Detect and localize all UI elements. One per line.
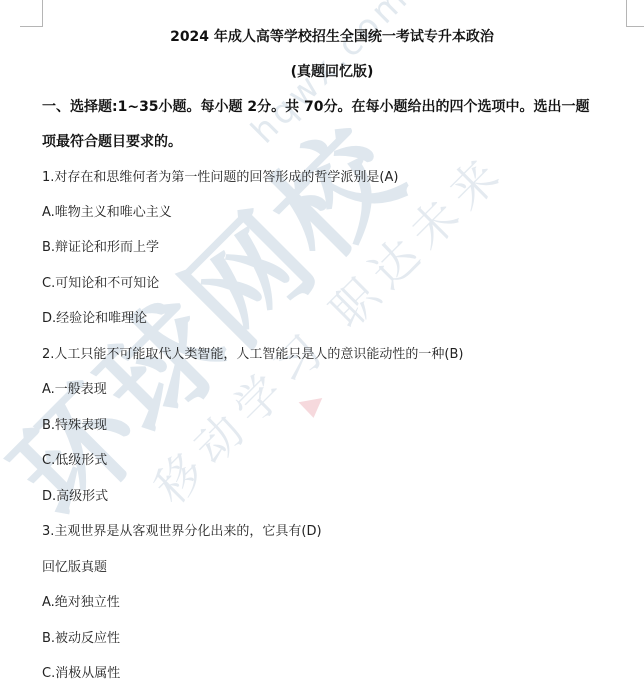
question-3-note: 回忆版真题	[42, 558, 107, 578]
question-2-option-b: B.特殊表现	[42, 416, 107, 436]
question-2-option-c: C.低级形式	[42, 451, 107, 471]
question-2-option-d: D.高级形式	[42, 487, 108, 507]
page-corner-mark-left	[20, 0, 43, 27]
watermark-slogan: 移动学习 职达未来	[137, 136, 518, 517]
section-header-line1: 一、选择题:1~35小题。每小题 2分。共 70分。在每小题给出的四个选项中。选…	[42, 90, 612, 125]
question-1-option-b: B.辩证论和形而上学	[42, 238, 159, 258]
document-subtitle: (真题回忆版)	[0, 62, 644, 82]
page-corner-mark-right	[626, 0, 644, 27]
question-3-stem: 3.主观世界是从客观世界分化出来的，它具有(D)	[42, 522, 322, 542]
document-title: 2024 年成人高等学校招生全国统一考试专升本政治	[0, 27, 644, 47]
question-1-option-c: C.可知论和不可知论	[42, 274, 159, 294]
question-2-option-a: A.一般表现	[42, 380, 107, 400]
question-3-option-a: A.绝对独立性	[42, 593, 120, 613]
watermark-play-icon	[299, 398, 326, 420]
question-3-option-c: C.消极从属性	[42, 664, 120, 682]
question-1-option-d: D.经验论和唯理论	[42, 309, 147, 329]
question-1-stem: 1.对存在和思维何者为第一性问题的回答形成的哲学派别是(A)	[42, 168, 398, 188]
question-1-option-a: A.唯物主义和唯心主义	[42, 203, 172, 223]
question-2-stem: 2.人工只能不可能取代人类智能，人工智能只是人的意识能动性的一种(B)	[42, 345, 463, 365]
section-header-line2: 项最符合题目要求的。	[42, 125, 612, 160]
question-3-option-b: B.被动反应性	[42, 629, 120, 649]
